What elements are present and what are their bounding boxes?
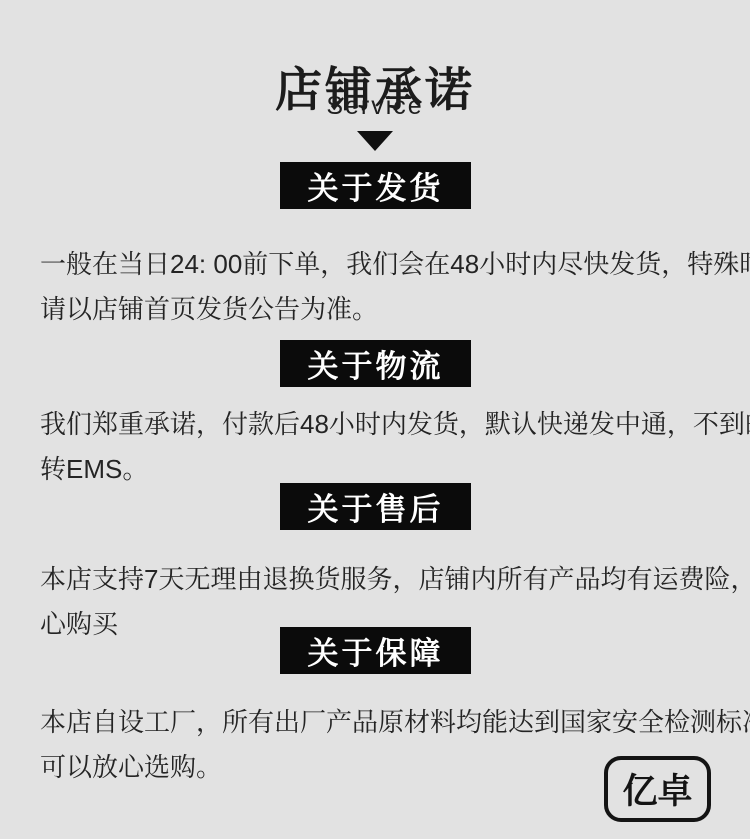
text-line: 请以店铺首页发货公告为准。 <box>40 287 750 332</box>
store-promise-page: 店铺承诺 Service 关于发货 一般在当日24: 00前下单，我们会在48小… <box>0 0 750 839</box>
section-aftersales-heading: 关于售后 <box>308 484 444 529</box>
brand-badge-label: 亿卓 <box>622 764 692 814</box>
section-guarantee-heading: 关于保障 <box>308 628 444 673</box>
section-logistics-text: 我们郑重承诺，付款后48小时内发货，默认快递发中通，不到的区域 转EMS。 <box>40 402 750 492</box>
down-triangle-icon <box>357 131 393 151</box>
text-line: 本店自设工厂，所有出厂产品原材料均能达到国家安全检测标准， <box>40 700 750 745</box>
section-aftersales-banner: 关于售后 <box>280 483 471 530</box>
section-shipping-heading: 关于发货 <box>308 163 444 208</box>
brand-badge: 亿卓 <box>604 756 711 822</box>
text-line: 一般在当日24: 00前下单，我们会在48小时内尽快发货，特殊时期 <box>40 242 750 287</box>
page-subtitle: Service <box>0 92 750 121</box>
section-shipping-banner: 关于发货 <box>280 162 471 209</box>
section-logistics-heading: 关于物流 <box>308 341 444 386</box>
section-logistics-banner: 关于物流 <box>280 340 471 387</box>
section-shipping-text: 一般在当日24: 00前下单，我们会在48小时内尽快发货，特殊时期 请以店铺首页… <box>40 242 750 332</box>
text-line: 我们郑重承诺，付款后48小时内发货，默认快递发中通，不到的区域 <box>40 402 750 447</box>
section-guarantee-banner: 关于保障 <box>280 627 471 674</box>
text-line: 本店支持7天无理由退换货服务，店铺内所有产品均有运费险，可放 <box>40 557 750 602</box>
